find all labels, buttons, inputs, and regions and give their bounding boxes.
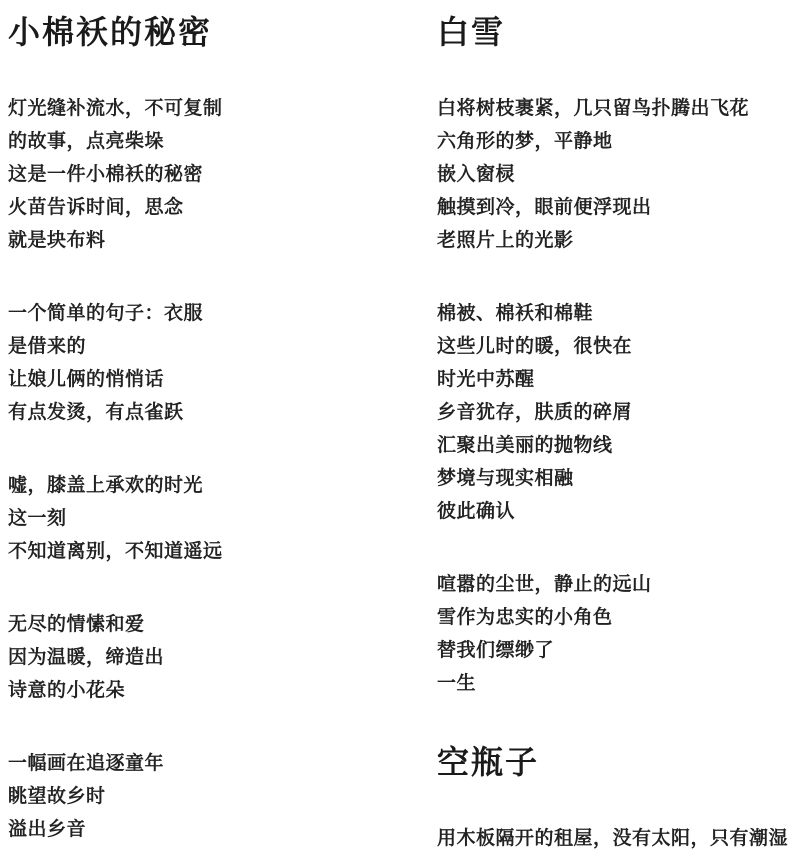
- poem-line: 无尽的情愫和爱: [8, 608, 408, 641]
- stanza: 灯光缝补流水，不可复制的故事，点亮柴垛这是一件小棉袄的秘密火苗告诉时间，思念就是…: [8, 92, 408, 257]
- stanza: 一幅画在追逐童年眺望故乡时溢出乡音: [8, 747, 408, 846]
- stanza: 棉被、棉袄和棉鞋这些儿时的暖，很快在时光中苏醒乡音犹存，肤质的碎屑汇聚出美丽的抛…: [437, 297, 800, 528]
- poem-line: 这一刻: [8, 502, 408, 535]
- poem-line: 雪作为忠实的小角色: [437, 601, 800, 634]
- poem-title: 空瓶子: [437, 730, 800, 782]
- poem-line: 火苗告诉时间，思念: [8, 191, 408, 224]
- poem-line: 汇聚出美丽的抛物线: [437, 429, 800, 462]
- poem-column-left: 小棉袄的秘密灯光缝补流水，不可复制的故事，点亮柴垛这是一件小棉袄的秘密火苗告诉时…: [8, 0, 408, 846]
- poem-title: 小棉袄的秘密: [8, 0, 408, 52]
- poem-line: 替我们缥缈了: [437, 634, 800, 667]
- poem-line: 喧嚣的尘世，静止的远山: [437, 568, 800, 601]
- poem-line: 梦境与现实相融: [437, 462, 800, 495]
- poem-line: 一个简单的句子：衣服: [8, 297, 408, 330]
- poem-line: 有点发烫，有点雀跃: [8, 396, 408, 429]
- poem-line: 一生: [437, 667, 800, 700]
- stanza: 无尽的情愫和爱因为温暖，缔造出诗意的小花朵: [8, 608, 408, 707]
- poem-title: 白雪: [437, 0, 800, 52]
- poem-line: 不知道离别，不知道遥远: [8, 535, 408, 568]
- stanza: 嘘，膝盖上承欢的时光这一刻不知道离别，不知道遥远: [8, 469, 408, 568]
- poem-line: 彼此确认: [437, 495, 800, 528]
- poem-line: 是借来的: [8, 330, 408, 363]
- poem-line: 眺望故乡时: [8, 780, 408, 813]
- stanza: 喧嚣的尘世，静止的远山雪作为忠实的小角色替我们缥缈了一生: [437, 568, 800, 700]
- poem-line: 嘘，膝盖上承欢的时光: [8, 469, 408, 502]
- poem-line: 这是一件小棉袄的秘密: [8, 158, 408, 191]
- poem-line: 灯光缝补流水，不可复制: [8, 92, 408, 125]
- poem-line: 就是块布料: [8, 224, 408, 257]
- poem-line: 一幅画在追逐童年: [8, 747, 408, 780]
- poem-line: 这些儿时的暖，很快在: [437, 330, 800, 363]
- poem-line: 棉被、棉袄和棉鞋: [437, 297, 800, 330]
- poetry-page: 小棉袄的秘密灯光缝补流水，不可复制的故事，点亮柴垛这是一件小棉袄的秘密火苗告诉时…: [0, 0, 800, 852]
- poem-line: 时光中苏醒: [437, 363, 800, 396]
- poem-line: 触摸到冷，眼前便浮现出: [437, 191, 800, 224]
- poem-line: 嵌入窗棂: [437, 158, 800, 191]
- poem-line: 白将树枝裹紧，几只留鸟扑腾出飞花: [437, 92, 800, 125]
- poem-line: 用木板隔开的租屋，没有太阳，只有潮湿: [437, 822, 800, 852]
- poem-line: 因为温暖，缔造出: [8, 641, 408, 674]
- stanza: 用木板隔开的租屋，没有太阳，只有潮湿: [437, 822, 800, 852]
- poem-line: 六角形的梦，平静地: [437, 125, 800, 158]
- poem-line: 的故事，点亮柴垛: [8, 125, 408, 158]
- poem-line: 溢出乡音: [8, 813, 408, 846]
- poem-section: 白雪白将树枝裹紧，几只留鸟扑腾出飞花六角形的梦，平静地嵌入窗棂触摸到冷，眼前便浮…: [437, 0, 800, 700]
- stanza: 白将树枝裹紧，几只留鸟扑腾出飞花六角形的梦，平静地嵌入窗棂触摸到冷，眼前便浮现出…: [437, 92, 800, 257]
- poem-section: 空瓶子用木板隔开的租屋，没有太阳，只有潮湿: [437, 730, 800, 852]
- poem-line: 让娘儿俩的悄悄话: [8, 363, 408, 396]
- poem-line: 老照片上的光影: [437, 224, 800, 257]
- poem-column-right: 白雪白将树枝裹紧，几只留鸟扑腾出飞花六角形的梦，平静地嵌入窗棂触摸到冷，眼前便浮…: [437, 0, 800, 852]
- poem-section: 小棉袄的秘密灯光缝补流水，不可复制的故事，点亮柴垛这是一件小棉袄的秘密火苗告诉时…: [8, 0, 408, 846]
- stanza: 一个简单的句子：衣服是借来的让娘儿俩的悄悄话有点发烫，有点雀跃: [8, 297, 408, 429]
- poem-line: 乡音犹存，肤质的碎屑: [437, 396, 800, 429]
- poem-line: 诗意的小花朵: [8, 674, 408, 707]
